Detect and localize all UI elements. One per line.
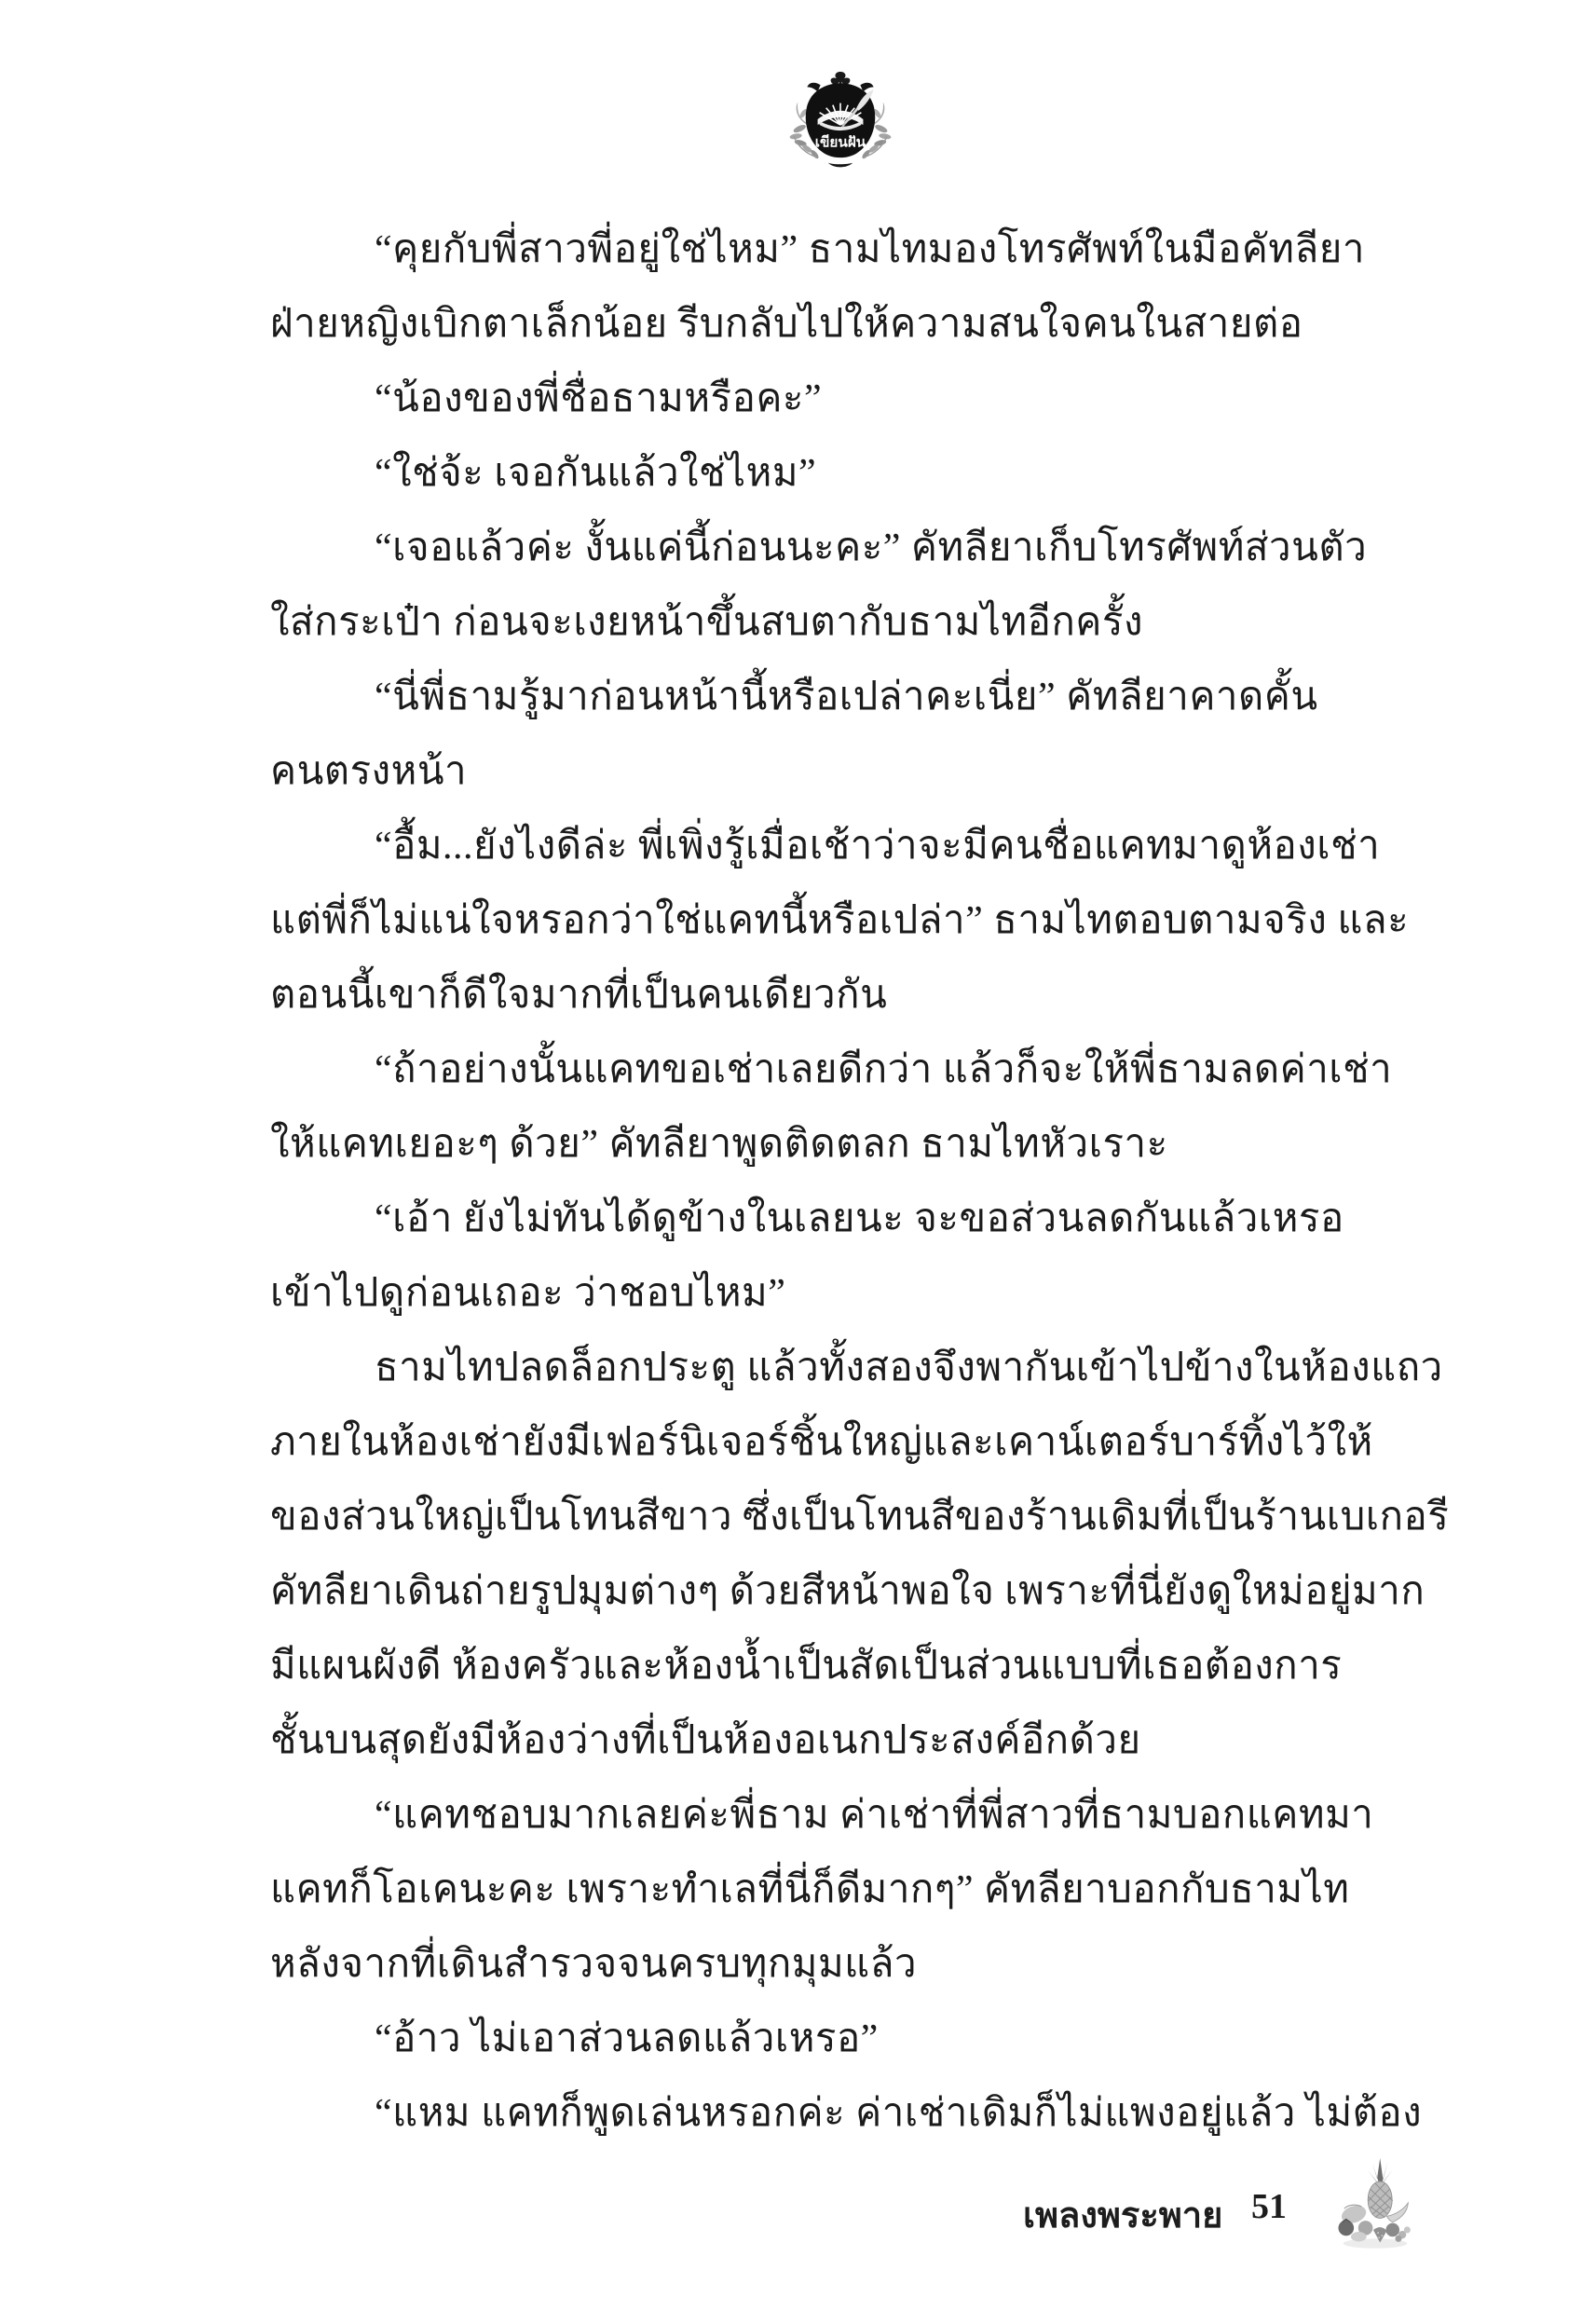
text-line: ภายในห้องเช่ายังมีเฟอร์นิเจอร์ชิ้นใหญ่แล…	[270, 1405, 1416, 1480]
text-line: หลังจากที่เดินสำรวจจนครบทุกมุมแล้ว	[270, 1927, 1416, 2002]
round-fruit	[1385, 2223, 1399, 2237]
text-line: “อ้าว ไม่เอาส่วนลดแล้วเหรอ”	[270, 2002, 1416, 2076]
text-line: “แหม แคทก็พูดเล่นหรอกค่ะ ค่าเช่าเดิมก็ไม…	[270, 2076, 1416, 2151]
text-line: ฝ่ายหญิงเบิกตาเล็กน้อย รีบกลับไปให้ความส…	[270, 287, 1416, 362]
text-line: “นี่พี่ธามรู้มาก่อนหน้านี้หรือเปล่าคะเนี…	[270, 660, 1416, 734]
footer-book-title: เพลงพระพาย	[1023, 2186, 1222, 2243]
body-text: “คุยกับพี่สาวพี่อยู่ใช่ไหม” ธามไทมองโทรศ…	[270, 212, 1416, 2151]
pineapple-leaves	[1372, 2158, 1388, 2183]
text-line: คนตรงหน้า	[270, 734, 1416, 809]
text-line: “น้องของพี่ชื่อธามหรือคะ”	[270, 362, 1416, 436]
text-line: “คุยกับพี่สาวพี่อยู่ใช่ไหม” ธามไทมองโทรศ…	[270, 212, 1416, 287]
text-line: “แคทชอบมากเลยค่ะพี่ธาม ค่าเช่าที่พี่สาวท…	[270, 1778, 1416, 1853]
text-line: “เจอแล้วค่ะ งั้นแค่นี้ก่อนนะคะ” คัทลียาเ…	[270, 511, 1416, 585]
text-line: ตอนนี้เขาก็ดีใจมากที่เป็นคนเดียวกัน	[270, 958, 1416, 1032]
text-line: “ถ้าอย่างนั้นแคทขอเช่าเลยดีกว่า แล้วก็จะ…	[270, 1032, 1416, 1107]
text-line: มีแผนผังดี ห้องครัวและห้องน้ำเป็นสัดเป็น…	[270, 1629, 1416, 1703]
text-line: “อื้ม...ยังไงดีล่ะ พี่เพิ่งรู้เมื่อเช้าว…	[270, 809, 1416, 883]
text-line: ชั้นบนสุดยังมีห้องว่างที่เป็นห้องอเนกประ…	[270, 1703, 1416, 1778]
text-line: คัทลียาเดินถ่ายรูปมุมต่างๆ ด้วยสีหน้าพอใ…	[270, 1554, 1416, 1629]
text-line: แคทก็โอเคนะคะ เพราะทำเลที่นี่ก็ดีมากๆ” ค…	[270, 1853, 1416, 1927]
mangosteen	[1338, 2221, 1354, 2236]
pineapple-body	[1368, 2181, 1393, 2219]
text-line: ให้แคทเยอะๆ ด้วย” คัทลียาพูดติดตลก ธามไท…	[270, 1107, 1416, 1182]
text-line: เข้าไปดูก่อนเถอะ ว่าชอบไหม”	[270, 1256, 1416, 1331]
fruit-ornament-image	[1327, 2158, 1424, 2255]
text-line: “เอ้า ยังไม่ทันได้ดูข้างในเลยนะ จะขอส่วน…	[270, 1182, 1416, 1256]
text-line: ธามไทปลดล็อกประตู แล้วทั้งสองจึงพากันเข้…	[270, 1331, 1416, 1405]
publisher-logo: เขียนฝัน	[788, 67, 893, 177]
text-line: ใส่กระเป๋า ก่อนจะเงยหน้าขึ้นสบตากับธามไท…	[270, 585, 1416, 660]
logo-title-text: เขียนฝัน	[815, 134, 866, 150]
text-line: “ใช่จ้ะ เจอกันแล้วใช่ไหม”	[270, 436, 1416, 511]
footer-page-number: 51	[1251, 2186, 1287, 2227]
book-page: เขียนฝัน “คุยกับพี่สาวพี่อยู่ใช่ไหม” ธาม…	[0, 0, 1596, 2311]
text-line: แต่พี่ก็ไม่แน่ใจหรอกว่าใช่แคทนี้หรือเปล่…	[270, 883, 1416, 958]
text-line: ของส่วนใหญ่เป็นโทนสีขาว ซึ่งเป็นโทนสีของ…	[270, 1480, 1416, 1554]
